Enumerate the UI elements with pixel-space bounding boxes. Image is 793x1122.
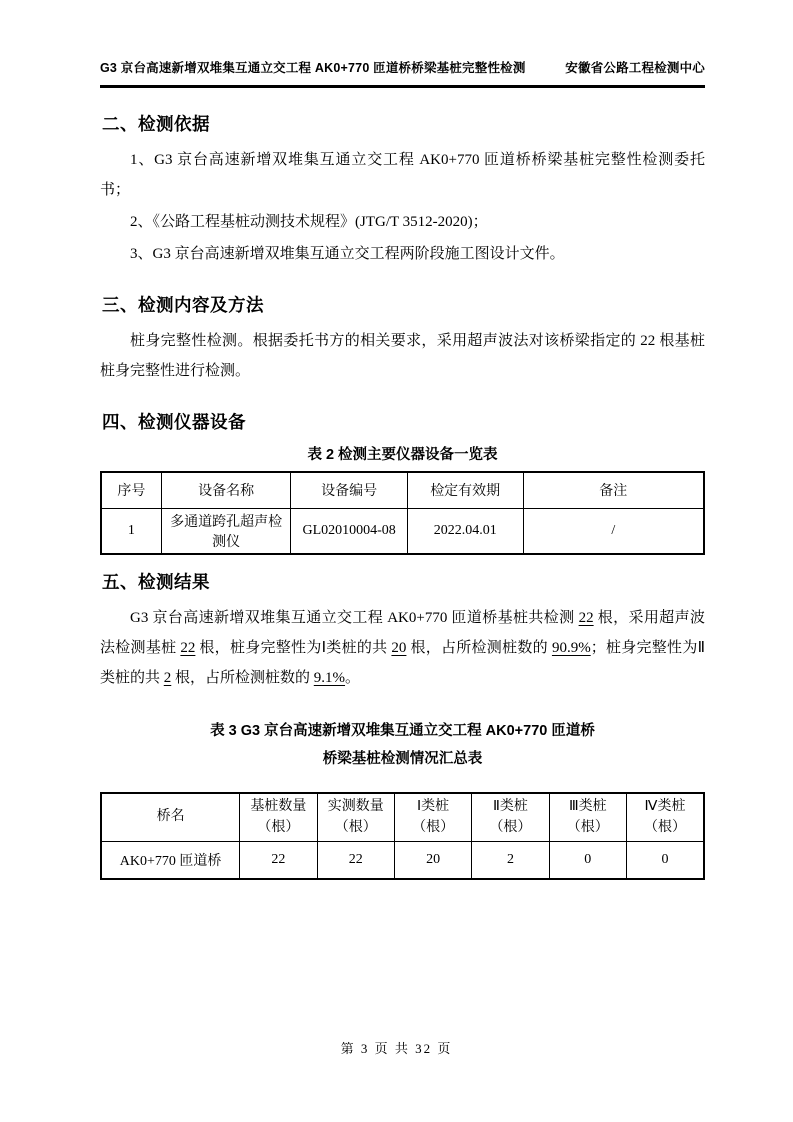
table-cell: 22: [240, 841, 317, 879]
summary-table-row: AK0+770 匝道桥 22 22 20 2 0 0: [101, 841, 704, 879]
table-cell: 多通道跨孔超声检测仪: [161, 508, 291, 554]
results-paragraph: G3 京台高速新增双堆集互通立交工程 AK0+770 匝道桥基桩共检测 22 根…: [100, 603, 705, 693]
report-page: G3 京台高速新增双堆集互通立交工程 AK0+770 匝道桥桥梁基桩完整性检测 …: [0, 0, 793, 1122]
table-cell: /: [523, 508, 704, 554]
header-org-name: 安徽省公路工程检测中心: [565, 58, 705, 76]
table-cell: AK0+770 匝道桥: [101, 841, 240, 879]
table-cell: GL02010004-08: [291, 508, 407, 554]
summary-table-caption-line2: 桥梁基桩检测情况汇总表: [100, 747, 705, 768]
equipment-table-row: 1 多通道跨孔超声检测仪 GL02010004-08 2022.04.01 /: [101, 508, 704, 554]
summary-table: 桥名 基桩数量 （根） 实测数量 （根） Ⅰ类桩 （根） Ⅱ类桩 （根） Ⅲ类桩…: [100, 792, 705, 881]
table-header-cell: 基桩数量 （根）: [240, 793, 317, 842]
header-project-title: G3 京台高速新增双堆集互通立交工程 AK0+770 匝道桥桥梁基桩完整性检测: [100, 58, 526, 76]
table-cell: 1: [101, 508, 161, 554]
table-cell: 0: [626, 841, 704, 879]
result-value-underlined: 20: [391, 640, 406, 656]
table-header-cell: Ⅲ类桩 （根）: [549, 793, 626, 842]
section-heading-basis: 二、检测依据: [102, 111, 705, 136]
result-text: 根，桩身完整性为Ⅰ类桩的共: [195, 640, 391, 656]
result-value-underlined: 22: [579, 610, 594, 626]
section-heading-equipment: 四、检测仪器设备: [102, 409, 705, 434]
running-header: G3 京台高速新增双堆集互通立交工程 AK0+770 匝道桥桥梁基桩完整性检测 …: [100, 0, 705, 88]
table-cell: 0: [549, 841, 626, 879]
table-cell: 20: [394, 841, 471, 879]
basis-item-3: 3、G3 京台高速新增双堆集互通立交工程两阶段施工图设计文件。: [100, 239, 705, 269]
table-header-cell: 实测数量 （根）: [317, 793, 394, 842]
method-paragraph: 桩身完整性检测。根据委托书方的相关要求，采用超声波法对该桥梁指定的 22 根基桩…: [100, 326, 705, 386]
table-header-cell: 设备名称: [161, 472, 291, 508]
table-header-cell: 设备编号: [291, 472, 407, 508]
basis-item-2: 2、《公路工程基桩动测技术规程》(JTG/T 3512-2020)；: [100, 207, 705, 237]
result-value-underlined: 90.9%: [552, 640, 591, 656]
section-heading-results: 五、检测结果: [102, 569, 705, 594]
table-header-cell: 检定有效期: [407, 472, 523, 508]
table-cell: 2: [472, 841, 549, 879]
summary-table-header-row: 桥名 基桩数量 （根） 实测数量 （根） Ⅰ类桩 （根） Ⅱ类桩 （根） Ⅲ类桩…: [101, 793, 704, 842]
equipment-table-header-row: 序号 设备名称 设备编号 检定有效期 备注: [101, 472, 704, 508]
table-cell: 22: [317, 841, 394, 879]
result-text: 。: [345, 670, 360, 686]
basis-item-1: 1、G3 京台高速新增双堆集互通立交工程 AK0+770 匝道桥桥梁基桩完整性检…: [100, 145, 705, 205]
table-header-cell: 桥名: [101, 793, 240, 842]
summary-table-caption-line1: 表 3 G3 京台高速新增双堆集互通立交工程 AK0+770 匝道桥: [100, 719, 705, 740]
section-heading-method: 三、检测内容及方法: [102, 292, 705, 317]
equipment-table-caption: 表 2 检测主要仪器设备一览表: [100, 443, 705, 464]
result-text: G3 京台高速新增双堆集互通立交工程 AK0+770 匝道桥基桩共检测: [130, 610, 579, 626]
page-number: 第 3 页 共 32 页: [0, 1038, 793, 1057]
table-header-cell: Ⅱ类桩 （根）: [472, 793, 549, 842]
table-header-cell: Ⅳ类桩 （根）: [626, 793, 704, 842]
table-header-cell: 备注: [523, 472, 704, 508]
result-value-underlined: 22: [180, 640, 195, 656]
result-value-underlined: 9.1%: [314, 670, 345, 686]
table-cell: 2022.04.01: [407, 508, 523, 554]
table-header-cell: Ⅰ类桩 （根）: [394, 793, 471, 842]
equipment-table: 序号 设备名称 设备编号 检定有效期 备注 1 多通道跨孔超声检测仪 GL020…: [100, 471, 705, 555]
table-header-cell: 序号: [101, 472, 161, 508]
result-text: 根，占所检测桩数的: [171, 670, 314, 686]
result-text: 根，占所检测桩数的: [406, 640, 552, 656]
